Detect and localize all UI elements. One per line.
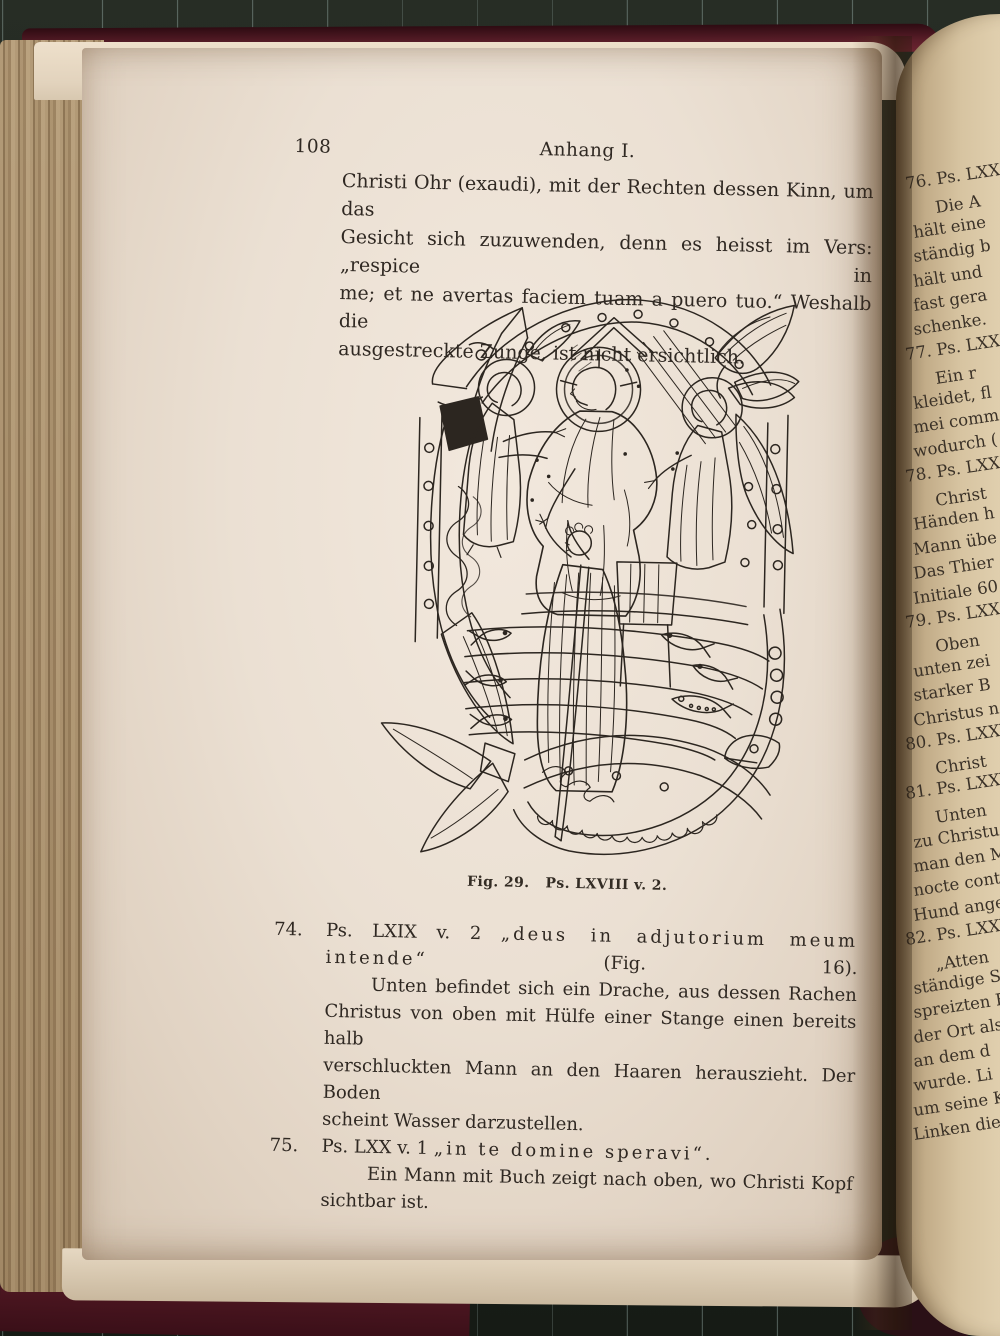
figure-caption-psalm: Ps. LXVIII v. 2. — [545, 875, 667, 894]
initial-s-engraving — [371, 289, 803, 868]
left-page-content: 108 Anhang I. Christi Ohr (exaudi), mit … — [82, 48, 882, 1260]
entry-psalm-ref: Ps. LXX v. 1 — [321, 1136, 428, 1159]
entry-number: 74. — [274, 916, 303, 944]
figure-caption: Fig. 29.Ps. LXVIII v. 2. — [174, 868, 882, 900]
entry-latin-quote: „in te domine speravi“. — [434, 1138, 714, 1165]
left-page: 108 Anhang I. Christi Ohr (exaudi), mit … — [82, 48, 882, 1260]
entry-74: 74. Ps. LXIX v. 2 „deus in adjutorium me… — [322, 917, 858, 1144]
entry-74-body: Unten befindet sich ein Drache, aus dess… — [322, 971, 857, 1144]
entry-psalm-ref: Ps. LXIX v. 2 — [326, 920, 482, 944]
running-header: Anhang I. — [457, 137, 717, 163]
right-page-text: 76. Ps. LXXI vDie Ahält eineständig bhäl… — [904, 174, 1000, 1150]
right-page-strip: 76. Ps. LXXI vDie Ahält eineständig bhäl… — [896, 14, 1000, 1336]
figure-caption-number: Fig. 29. — [467, 874, 530, 891]
entry-75: 75. Ps. LXX v. 1 „in te domine speravi“.… — [320, 1133, 854, 1225]
entry-75-body: Ein Mann mit Buch zeigt nach oben, wo Ch… — [320, 1160, 853, 1225]
engraving-svg — [371, 289, 803, 868]
entry-number: 75. — [269, 1132, 298, 1160]
entry-fig-ref: (Fig. 16). — [603, 953, 857, 979]
entry-74-heading: 74. Ps. LXIX v. 2 „deus in adjutorium me… — [325, 917, 858, 982]
entry-list: 74. Ps. LXIX v. 2 „deus in adjutorium me… — [320, 917, 858, 1225]
page-number: 108 — [294, 136, 331, 158]
